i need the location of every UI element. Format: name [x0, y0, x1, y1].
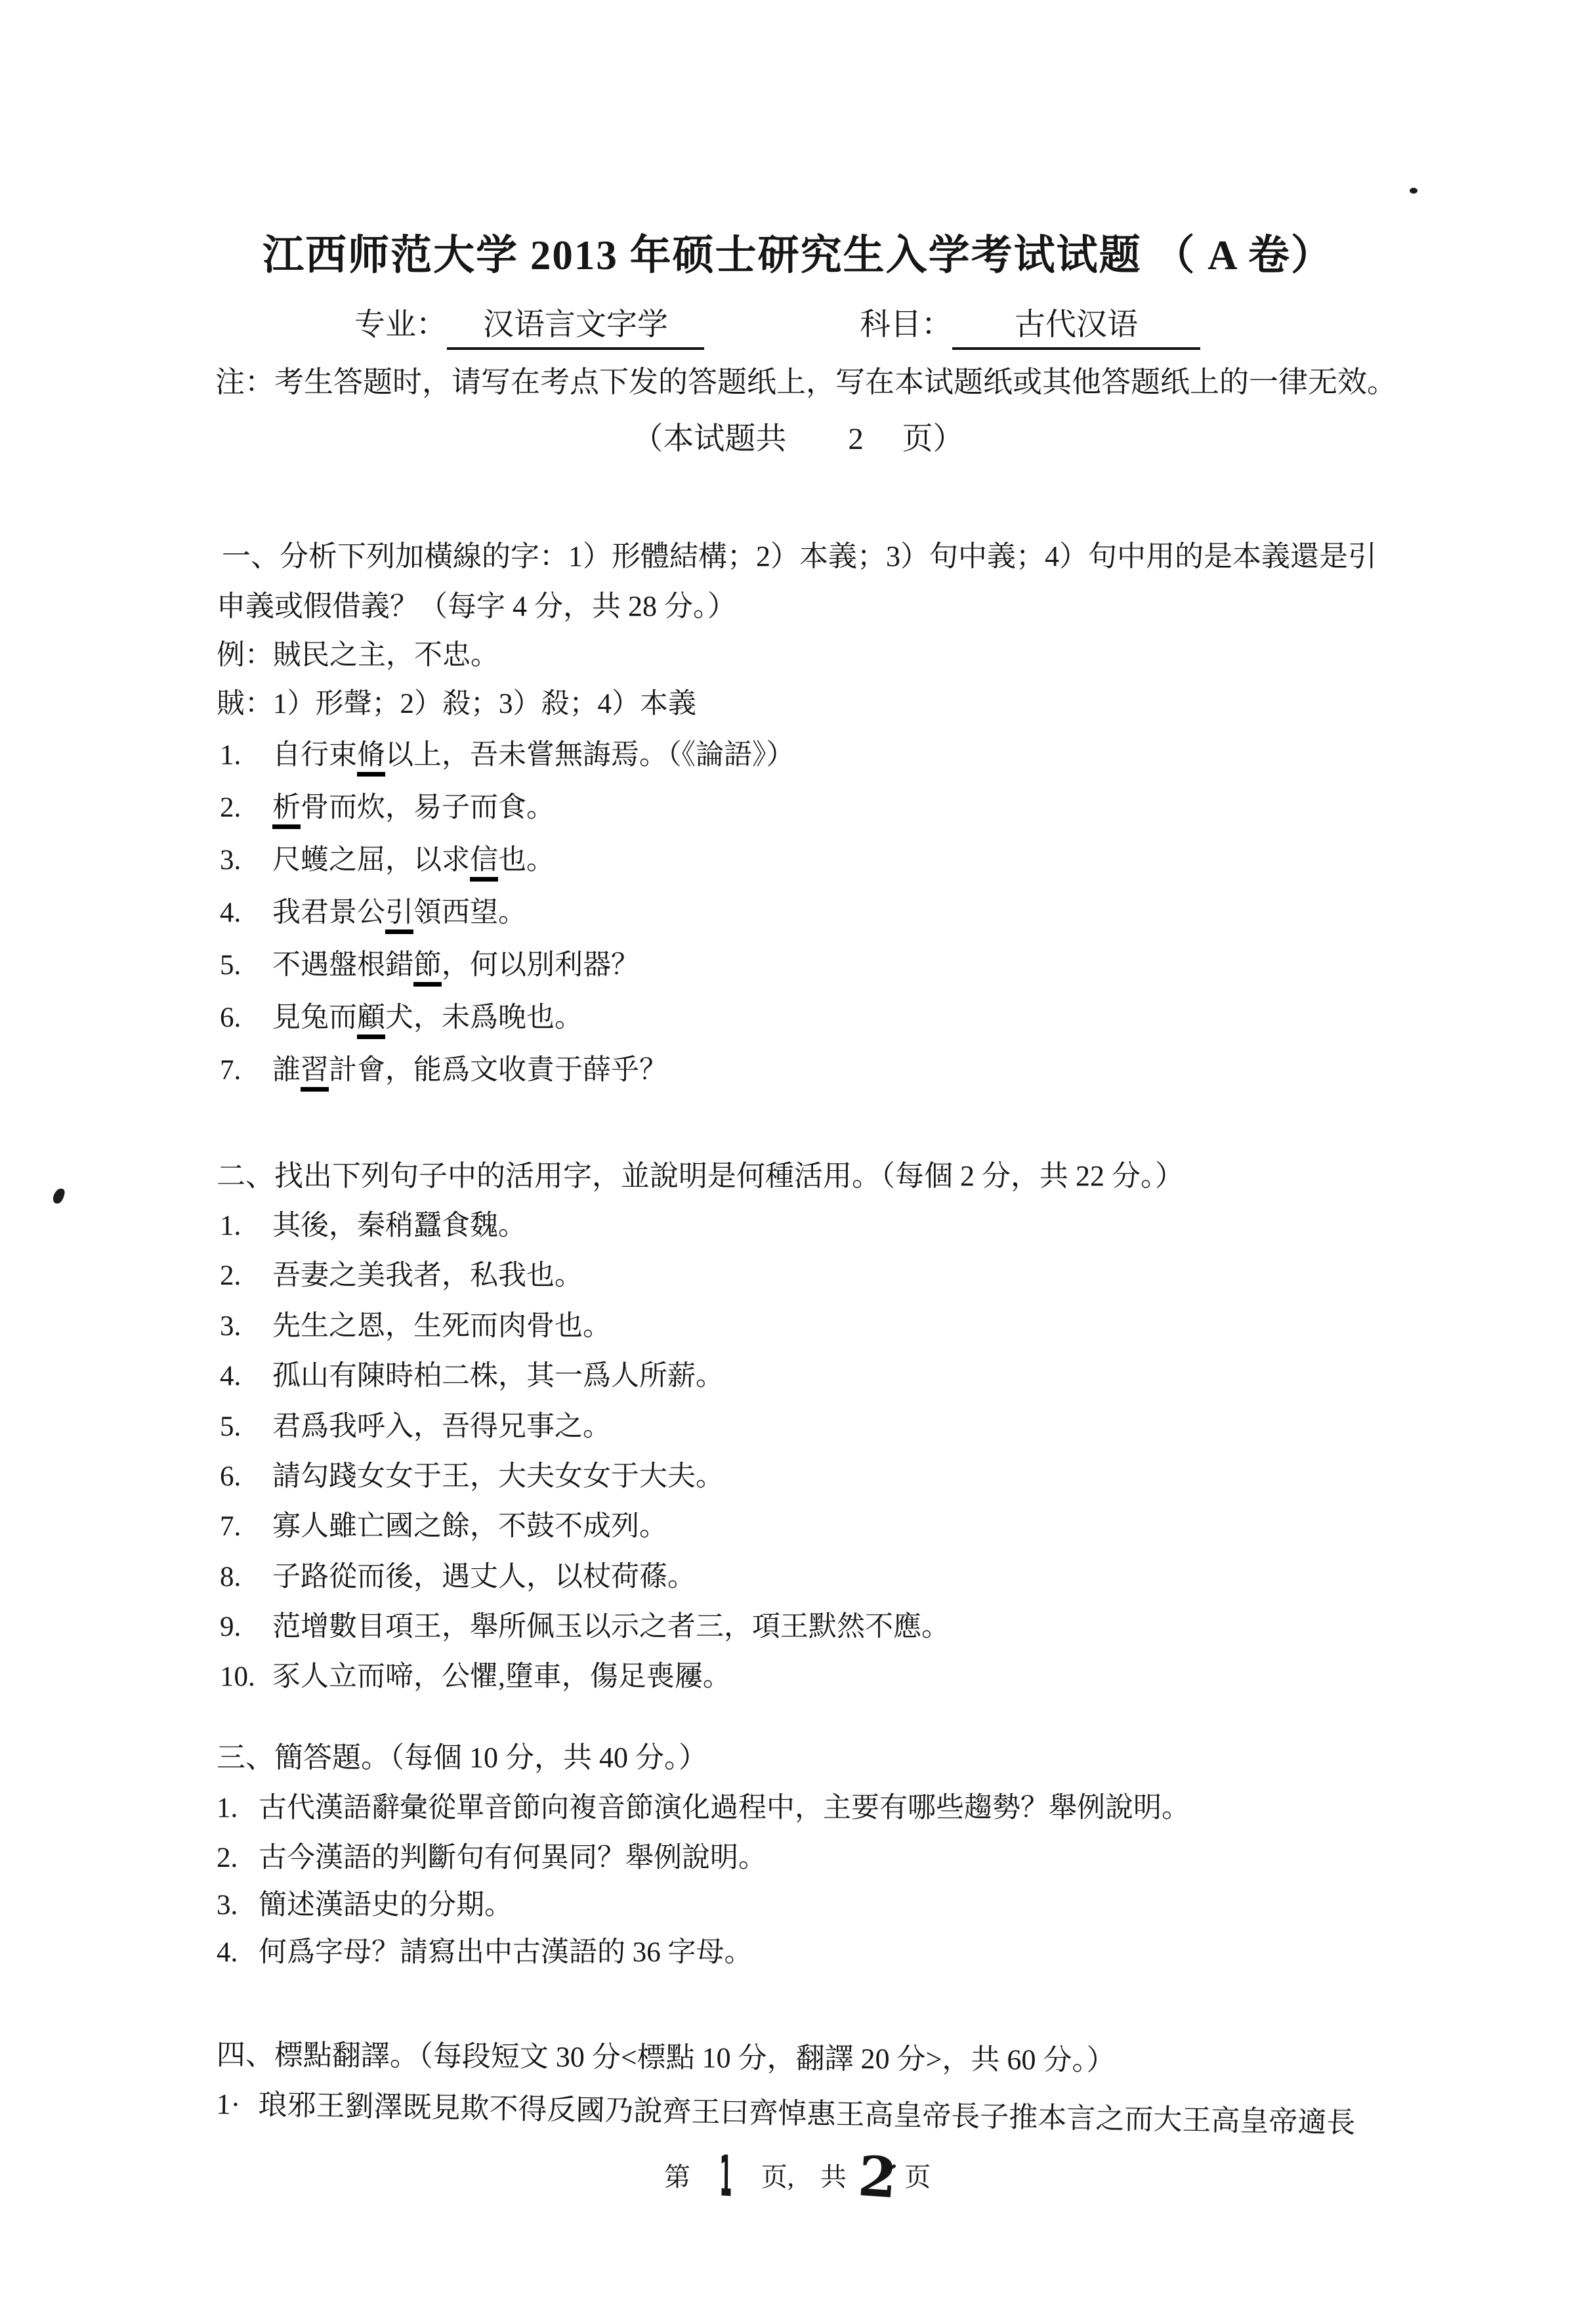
section3-item: 4.何爲字母？請寫出中古漢語的 36 字母。 — [217, 1936, 753, 1970]
handwritten-total-pages: 2 — [856, 2151, 898, 2203]
section2-item: 7.寡人雖亡國之餘，不鼓不成列。 — [220, 1510, 667, 1544]
section1-header-line2: 申義或假借義？（每字 4 分，共 28 分。） — [217, 589, 736, 624]
section2-item: 2.吾妻之美我者，私我也。 — [220, 1260, 583, 1293]
section2-item: 1.其後，秦稍蠶食魏。 — [220, 1210, 526, 1243]
section2-item: 9.范增數目項王，舉所佩玉以示之者三，項王默然不應。 — [220, 1611, 950, 1644]
section2-item: 8.子路從而後，遇丈人，以杖荷蓧。 — [220, 1561, 696, 1594]
section2-item: 6.請勾踐女女于王，大夫女女于大夫。 — [220, 1461, 724, 1494]
section1-item: 6.見兔而顧犬，未爲晚也。 — [220, 1002, 583, 1035]
major-value-underlined: 汉语言文字学 — [447, 307, 704, 350]
page-count-line: （本试题共 2 页） — [0, 421, 1596, 458]
section4-item: 1·琅邪王劉澤既見欺不得反國乃說齊王曰齊悼惠王高皇帝長子推本言之而大王高皇帝適長 — [216, 2087, 1356, 2141]
section2-item: 3.先生之恩，生死而肉骨也。 — [220, 1310, 611, 1344]
section1-header-line1: 一、分析下列加橫線的字：1）形體結構；2）本義；3）句中義；4）句中用的是本義還… — [222, 540, 1377, 574]
section1-item: 2.析骨而炊，易子而食。 — [220, 792, 555, 825]
ink-artifact-left-margin — [52, 1187, 66, 1205]
underlined-character: 引 — [385, 897, 413, 934]
section4-header: 四、標點翻譯。（每段短文 30 分<標點 10 分，翻譯 20 分>，共 60 … — [217, 2038, 1116, 2078]
exam-paper-page: 江西师范大学 2013 年硕士研究生入学考试试题 （ A 卷） 专业：汉语言文字… — [0, 0, 1596, 2304]
page-footer: 第 1 页, 共 2 页 — [664, 2141, 931, 2213]
handwritten-page-number: 1 — [719, 2152, 732, 2203]
section2-item: 4.孤山有陳時柏二株，其一爲人所薪。 — [220, 1360, 724, 1394]
underlined-character: 脩 — [357, 740, 385, 777]
subject-value-underlined: 古代汉语 — [952, 307, 1200, 350]
major-label: 专业： — [354, 308, 447, 342]
page-title: 江西师范大学 2013 年硕士研究生入学考试试题 （ A 卷） — [0, 231, 1596, 280]
underlined-character: 信 — [470, 845, 498, 882]
underlined-character: 習 — [301, 1055, 329, 1092]
section2-item: 10.豕人立而啼，公懼,墮車，傷足喪屨。 — [220, 1661, 731, 1694]
underlined-character: 節 — [413, 950, 442, 987]
section1-example-sentence: 例：賊民之主，不忠。 — [217, 639, 499, 673]
major-field: 专业：汉语言文字学 — [354, 307, 704, 350]
section1-item: 5.不遇盤根錯節，何以別利器？ — [220, 949, 639, 983]
footer-label-di: 第 — [664, 2162, 690, 2192]
ink-artifact-top-right — [1410, 188, 1417, 194]
section3-header: 三、簡答題。（每個 10 分，共 40 分。） — [217, 1741, 707, 1775]
section2-item: 5.君爲我呼入，吾得兄事之。 — [220, 1411, 611, 1444]
candidate-note: 注：考生答题时，请写在考点下发的答题纸上，写在本试题纸或其他答题纸上的一律无效。 — [215, 365, 1396, 400]
section1-example-answer: 賊：1）形聲；2）殺；3）殺；4）本義 — [217, 688, 696, 721]
section1-item: 1.自行束脩以上，吾未嘗無誨焉。（《論語》） — [220, 739, 795, 773]
underlined-character: 顧 — [357, 1002, 385, 1039]
section2-header: 二、找出下列句子中的活用字，並說明是何種活用。（每個 2 分，共 22 分。） — [217, 1159, 1184, 1193]
section3-item: 1.古代漢語辭彙從單音節向複音節演化過程中，主要有哪些趨勢？舉例說明。 — [217, 1792, 1190, 1825]
section3-item: 3.簡述漢語史的分期。 — [217, 1889, 513, 1923]
section1-item: 3.尺蠖之屈，以求信也。 — [220, 844, 555, 878]
footer-label-ye2: 页 — [904, 2162, 931, 2192]
section3-item: 2.古今漢語的判斷句有何異同？舉例說明。 — [217, 1842, 766, 1875]
section1-item: 7.誰習計會，能爲文收責于薛乎？ — [220, 1054, 667, 1088]
footer-label-gong: 共 — [820, 2162, 847, 2192]
subject-label: 科目： — [860, 308, 952, 342]
subject-field: 科目：古代汉语 — [860, 307, 1200, 350]
section1-item: 4.我君景公引領西望。 — [220, 897, 526, 930]
footer-label-ye1: 页, — [761, 2162, 794, 2192]
underlined-character: 析 — [272, 792, 301, 829]
